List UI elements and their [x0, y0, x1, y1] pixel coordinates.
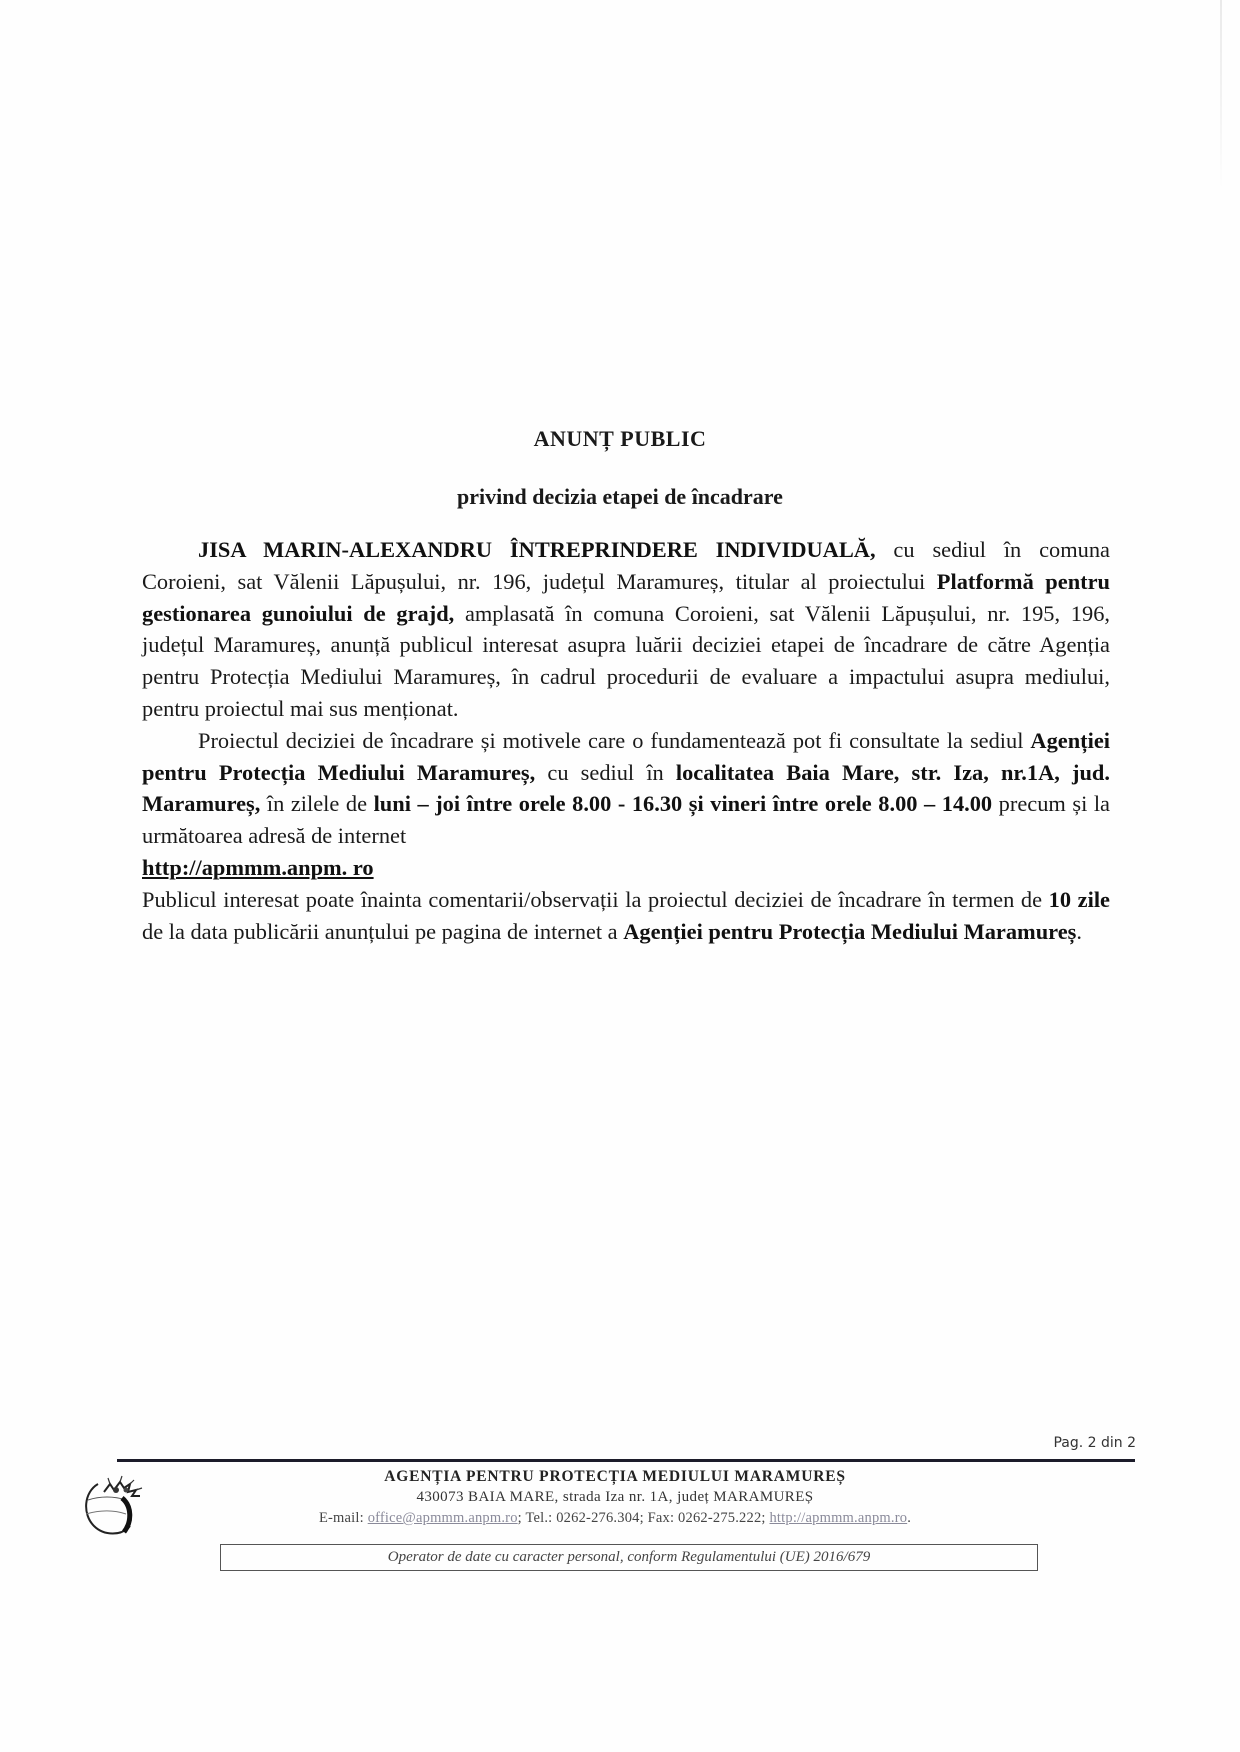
phone-fax: ; Tel.: 0262-276.304; Fax: 0262-275.222;: [518, 1510, 770, 1526]
footer-agency-address: 430073 BAIA MARE, strada Iza nr. 1A, jud…: [200, 1489, 1030, 1506]
agency-name-inline: Agenției pentru Protecția Mediului Maram…: [623, 919, 1076, 944]
paragraph-text: de la data publicării anunțului pe pagin…: [142, 919, 623, 944]
footer-divider: [117, 1459, 1135, 1462]
paragraph-text: Publicul interesat poate înainta comenta…: [142, 887, 1049, 912]
page-number: Pag. 2 din 2: [1053, 1435, 1136, 1451]
paragraph-text: .: [1076, 919, 1082, 944]
scan-edge-artifact: [1220, 0, 1222, 190]
footer-website-link[interactable]: http://apmmm.anpm.ro: [769, 1510, 907, 1526]
paragraph-text: în zilele de: [260, 791, 373, 816]
apm-logo-icon: [80, 1470, 160, 1540]
paragraph-consultation: Proiectul deciziei de încadrare și motiv…: [142, 725, 1110, 884]
page-title: ANUNȚ PUBLIC: [0, 426, 1240, 452]
footer-punctuation: .: [907, 1510, 911, 1526]
document-page: ANUNȚ PUBLIC privind decizia etapei de î…: [0, 0, 1240, 1752]
comment-deadline: 10 zile: [1049, 887, 1110, 912]
footer-email-link[interactable]: office@apmmm.anpm.ro: [368, 1510, 518, 1526]
page-subtitle: privind decizia etapei de încadrare: [0, 484, 1240, 510]
agency-website-link[interactable]: http://apmmm.anpm. ro: [142, 855, 374, 880]
email-label: E-mail:: [319, 1510, 368, 1526]
announcement-body: JISA MARIN-ALEXANDRU ÎNTREPRINDERE INDIV…: [142, 534, 1110, 947]
company-name: JISA MARIN-ALEXANDRU ÎNTREPRINDERE INDIV…: [198, 537, 876, 562]
paragraph-text: Proiectul deciziei de încadrare și motiv…: [198, 728, 1030, 753]
paragraph-text: cu sediul în: [535, 760, 676, 785]
paragraph-comments: Publicul interesat poate înainta comenta…: [142, 884, 1110, 948]
footer-agency-name: AGENȚIA PENTRU PROTECȚIA MEDIULUI MARAMU…: [200, 1468, 1030, 1486]
paragraph-project-announcement: JISA MARIN-ALEXANDRU ÎNTREPRINDERE INDIV…: [142, 534, 1110, 725]
office-hours: luni – joi între orele 8.00 - 16.30 și v…: [374, 791, 993, 816]
gdpr-operator-notice: Operator de date cu caracter personal, c…: [220, 1544, 1038, 1571]
footer-contact-line: E-mail: office@apmmm.anpm.ro; Tel.: 0262…: [200, 1510, 1030, 1527]
